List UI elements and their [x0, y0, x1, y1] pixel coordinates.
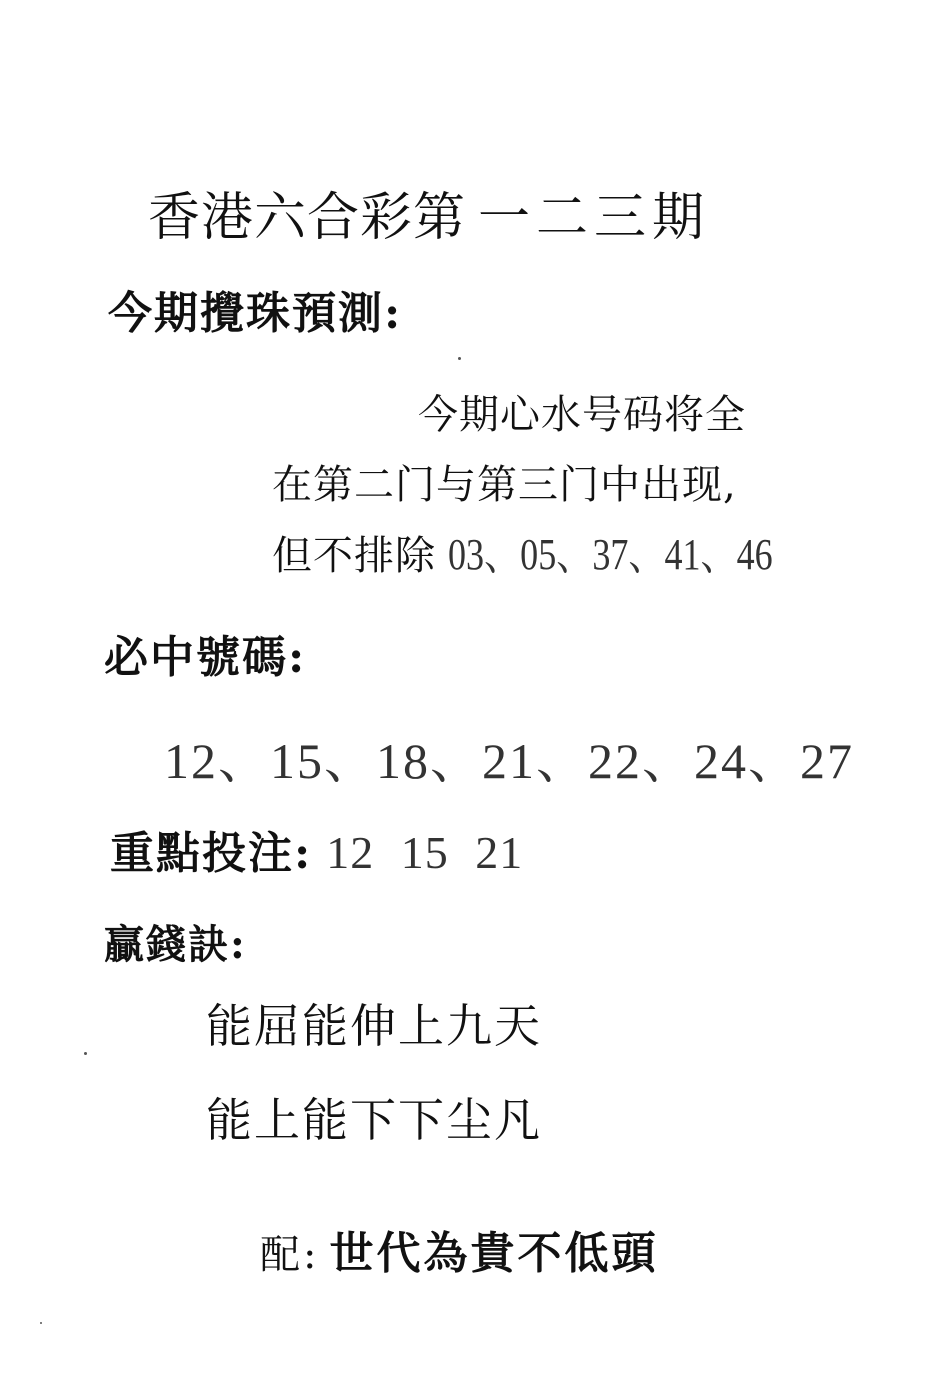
- scan-speck: [40, 1322, 42, 1324]
- scan-speck: [458, 357, 461, 360]
- verse-line-1: 能屈能伸上九天: [206, 1003, 542, 1049]
- winning-secret-heading: 贏錢訣:: [104, 925, 247, 965]
- pairing-label: 配:: [260, 1232, 319, 1278]
- focus-bet-numbers: 12 15 21: [326, 827, 523, 878]
- excluded-numbers: 03、05、37、41、46: [448, 533, 773, 577]
- prediction-line-1: 今期心水号码将全: [418, 395, 746, 435]
- issue-number: 一二三期: [478, 188, 710, 248]
- verse-line-2: 能上能下下尘凡: [206, 1097, 542, 1143]
- prediction-line-2: 在第二门与第三门中出现,: [272, 465, 737, 505]
- pairing-row: 配:世代為貴不低頭: [260, 1232, 658, 1276]
- scan-speck: [84, 1052, 87, 1055]
- focus-bet-row: 重點投注:12 15 21: [110, 830, 523, 876]
- prediction-line-3: 但不排除03、05、37、41、46: [272, 533, 844, 577]
- pairing-text: 世代為貴不低頭: [329, 1228, 658, 1279]
- document-title: 香港六合彩第一二三期: [148, 192, 710, 244]
- prediction-heading: 今期攪珠預測:: [108, 292, 402, 336]
- sure-numbers-heading: 必中號碼:: [104, 636, 306, 680]
- focus-bet-heading: 重點投注:: [110, 828, 312, 879]
- exclusion-label: 但不排除: [272, 533, 436, 579]
- sure-numbers-list: 12、15、18、21、22、24、27: [164, 736, 854, 786]
- title-prefix: 香港六合彩第: [148, 188, 466, 248]
